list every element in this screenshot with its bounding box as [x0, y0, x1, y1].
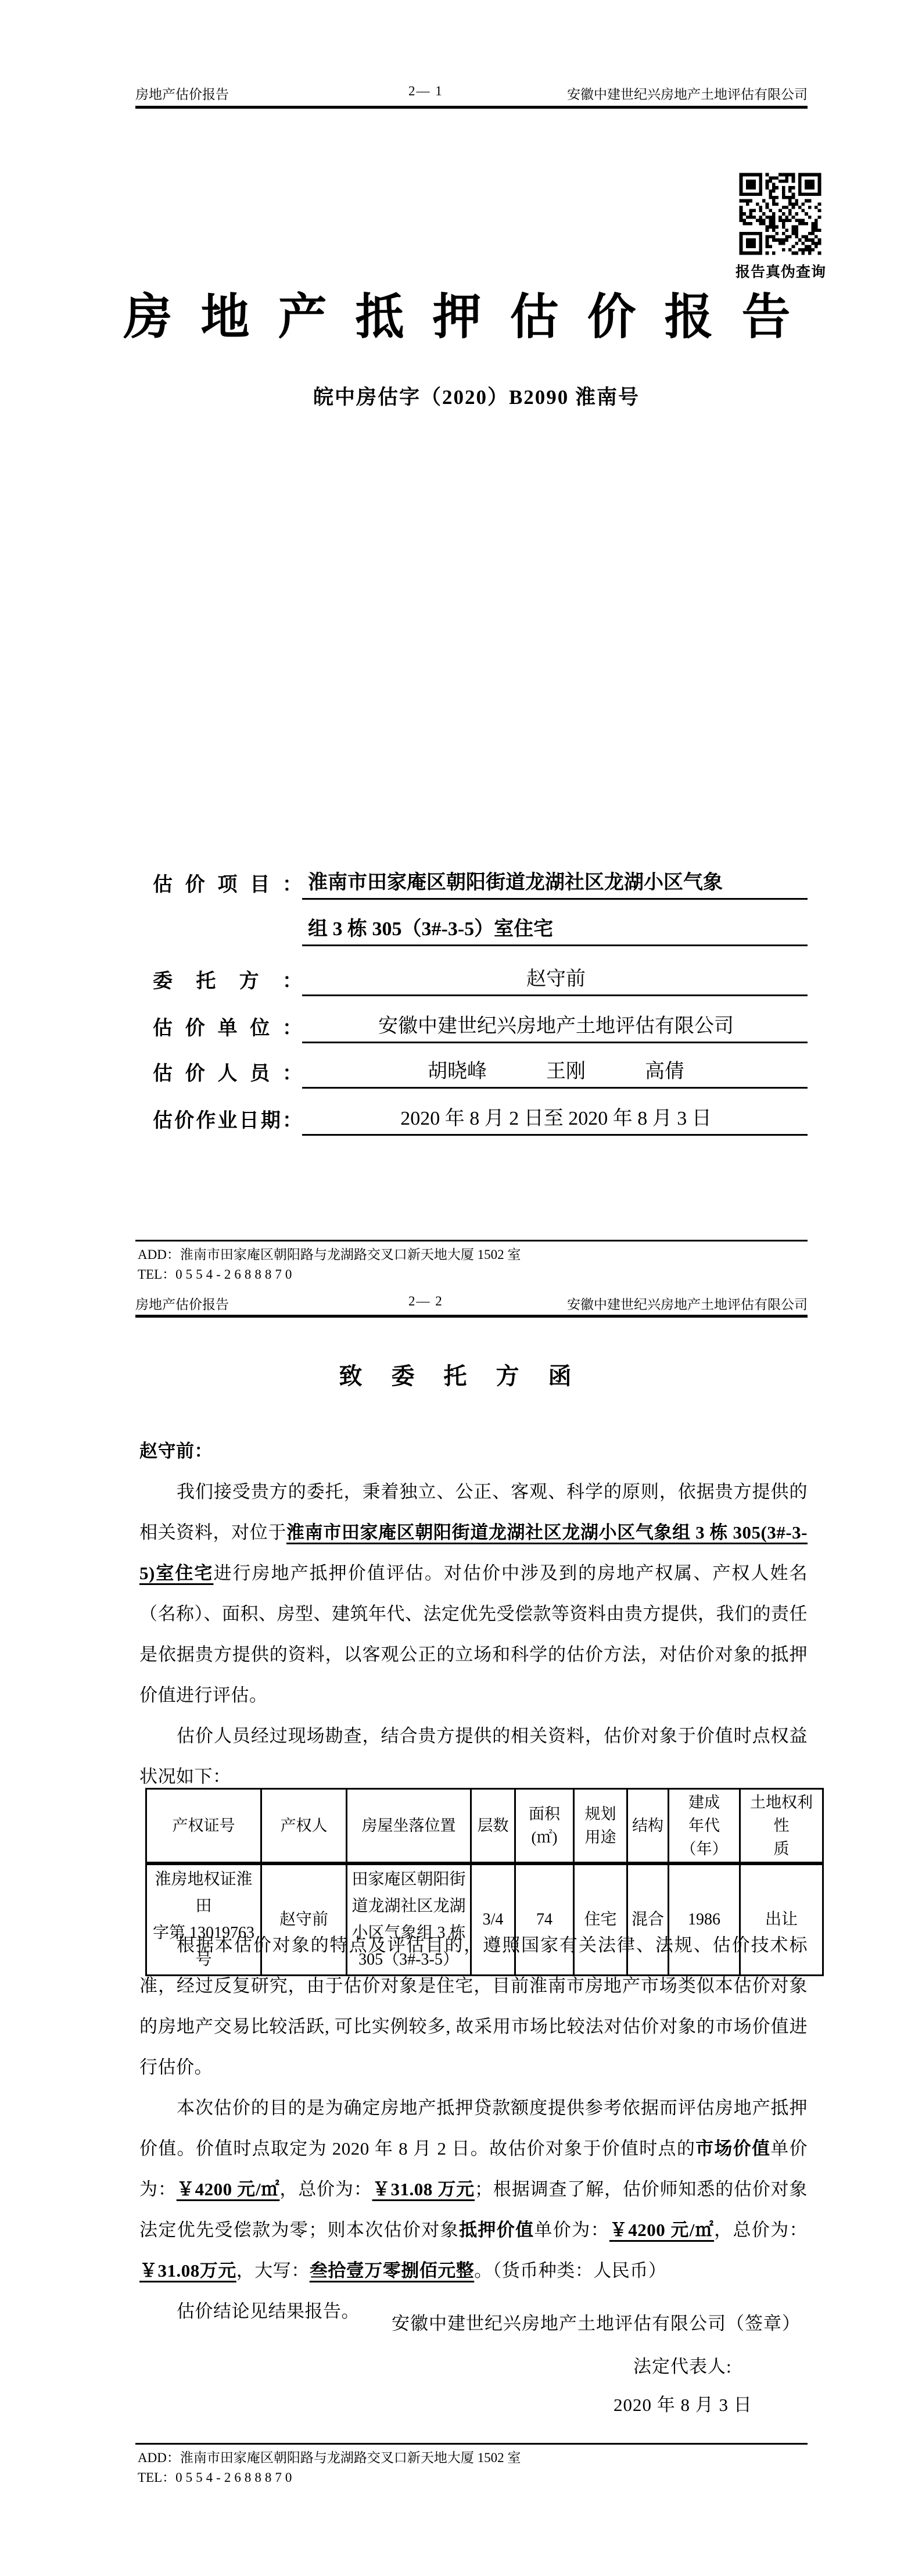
- footer-add-label: ADD：: [138, 2450, 180, 2465]
- paragraph-method: 根据本估价对象的特点及评估目的，遵照国家有关法律、法规、估价技术标准，经过反复研…: [139, 1925, 808, 2088]
- qr-code-svg: [736, 170, 824, 258]
- footer-address: 淮南市田家庵区朝阳路与龙湖路交叉口新天地大厦 1502 室: [180, 1247, 521, 1262]
- field-label: 估价人员：: [153, 1057, 302, 1089]
- paragraph-valuation: 本次估价的目的是为确定房地产抵押贷款额度提供参考依据而评估房地产抵押价值。价值时…: [139, 2088, 808, 2291]
- field-row-client: 委托方： 赵守前: [153, 964, 808, 996]
- col-area: 面积 (㎡): [515, 1789, 574, 1864]
- header-page-number: 2— 2: [408, 1294, 443, 1309]
- field-label-spacer: [153, 943, 302, 946]
- qr-code-image: [736, 170, 824, 258]
- field-label: 估价单位：: [153, 1012, 302, 1043]
- letter-body-bottom: 根据本估价对象的特点及评估目的，遵照国家有关法律、法规、估价技术标准，经过反复研…: [139, 1925, 808, 2332]
- salutation: 赵守前：: [139, 1431, 808, 1472]
- field-value-underline: 赵守前: [302, 963, 808, 996]
- footer-tel-line: TEL：0554-2688870: [138, 2468, 808, 2488]
- field-value-underline: 组 3 栋 305（3#-3-5）室住宅: [302, 913, 808, 946]
- header-company-name: 安徽中建世纪兴房地产土地评估有限公司: [567, 1294, 808, 1313]
- footer-address: 淮南市田家庵区朝阳路与龙湖路交叉口新天地大厦 1502 室: [180, 2450, 521, 2465]
- signature-date: 2020 年 8 月 3 日: [614, 2390, 752, 2416]
- footer-tel-number: 0554-2688870: [175, 2470, 295, 2485]
- col-floor: 层数: [471, 1789, 515, 1864]
- letter-title: 致 委 托 方 函: [0, 1358, 922, 1391]
- table-header-row: 产权证号 产权人 房屋坐落位置 层数 面积 (㎡) 规划 用途 结构 建成 年代…: [146, 1789, 823, 1864]
- field-row-project-line2: 组 3 栋 305（3#-3-5）室住宅: [153, 914, 808, 946]
- col-location: 房屋坐落位置: [347, 1789, 471, 1864]
- field-value-underline: 安徽中建世纪兴房地产土地评估有限公司: [302, 1010, 808, 1043]
- document-page: 房地产估价报告 2— 1 安徽中建世纪兴房地产土地评估有限公司 报告真伪查询 房…: [0, 0, 922, 2576]
- footer-tel-label: TEL：: [138, 1267, 175, 1282]
- page2-footer: ADD：淮南市田家庵区朝阳路与龙湖路交叉口新天地大厦 1502 室 TEL：05…: [138, 2448, 808, 2488]
- footer-add-label: ADD：: [138, 1247, 180, 1262]
- page1-footer-rule: [135, 1240, 808, 1242]
- field-row-appraisers: 估价人员： 胡晓峰 王刚 高倩: [153, 1056, 808, 1089]
- signature-legal-representative: 法定代表人:: [633, 2352, 732, 2378]
- page1-header-rule: [135, 106, 808, 109]
- paragraph-survey: 估价人员经过现场勘查，结合贵方提供的相关资料，估价对象于价值时点权益状况如下：: [139, 1716, 808, 1797]
- field-value-underline: 淮南市田家庵区朝阳街道龙湖社区龙湖小区气象: [302, 866, 808, 900]
- paragraph-engagement: 我们接受贵方的委托，秉着独立、公正、客观、科学的原则，依据贵方提供的相关资料，对…: [139, 1472, 808, 1716]
- col-planned-use: 规划 用途: [574, 1789, 627, 1864]
- field-value-underline: 2020 年 8 月 2 日至 2020 年 8 月 3 日: [302, 1102, 808, 1136]
- field-row-project: 估价项目： 淮南市田家庵区朝阳街道龙湖社区龙湖小区气象: [153, 867, 808, 900]
- letter-body-top: 赵守前： 我们接受贵方的委托，秉着独立、公正、客观、科学的原则，依据贵方提供的相…: [139, 1431, 808, 1797]
- report-number: 皖中房估字（2020）B2090 淮南号: [0, 381, 922, 410]
- page1-header: 房地产估价报告 2— 1 安徽中建世纪兴房地产土地评估有限公司: [135, 84, 808, 102]
- footer-address-line: ADD：淮南市田家庵区朝阳路与龙湖路交叉口新天地大厦 1502 室: [138, 2448, 808, 2468]
- field-label: 估价项目：: [153, 868, 302, 900]
- col-structure: 结构: [627, 1789, 669, 1864]
- field-label: 估价作业日期：: [153, 1104, 302, 1136]
- col-year-built: 建成 年代（年）: [669, 1789, 740, 1864]
- report-title: 房 地 产 抵 押 估 价 报 告: [0, 286, 922, 350]
- field-row-work-date: 估价作业日期： 2020 年 8 月 2 日至 2020 年 8 月 3 日: [153, 1103, 808, 1136]
- footer-tel-number: 0554-2688870: [175, 1267, 295, 1282]
- header-page-number: 2— 1: [408, 84, 443, 99]
- footer-tel-line: TEL：0554-2688870: [138, 1265, 808, 1285]
- col-land-right: 土地权利性 质: [740, 1789, 823, 1864]
- field-row-agency: 估价单位： 安徽中建世纪兴房地产土地评估有限公司: [153, 1011, 808, 1043]
- field-label: 委托方：: [153, 965, 302, 996]
- page2-header-rule: [135, 1315, 808, 1318]
- qr-caption: 报告真伪查询: [726, 260, 836, 281]
- col-owner: 产权人: [261, 1789, 347, 1864]
- signature-company: 安徽中建世纪兴房地产土地评估有限公司（签章）: [392, 2309, 801, 2335]
- footer-tel-label: TEL：: [138, 2470, 175, 2485]
- footer-address-line: ADD：淮南市田家庵区朝阳路与龙湖路交叉口新天地大厦 1502 室: [138, 1245, 808, 1265]
- header-doc-type: 房地产估价报告: [135, 1294, 229, 1313]
- page2-footer-rule: [135, 2443, 808, 2445]
- header-company-name: 安徽中建世纪兴房地产土地评估有限公司: [567, 84, 808, 103]
- page1-footer: ADD：淮南市田家庵区朝阳路与龙湖路交叉口新天地大厦 1502 室 TEL：05…: [138, 1245, 808, 1285]
- field-value-underline: 胡晓峰 王刚 高倩: [302, 1055, 808, 1089]
- header-doc-type: 房地产估价报告: [135, 84, 229, 103]
- page2-header: 房地产估价报告 2— 2 安徽中建世纪兴房地产土地评估有限公司: [135, 1294, 808, 1312]
- col-cert-no: 产权证号: [146, 1789, 261, 1864]
